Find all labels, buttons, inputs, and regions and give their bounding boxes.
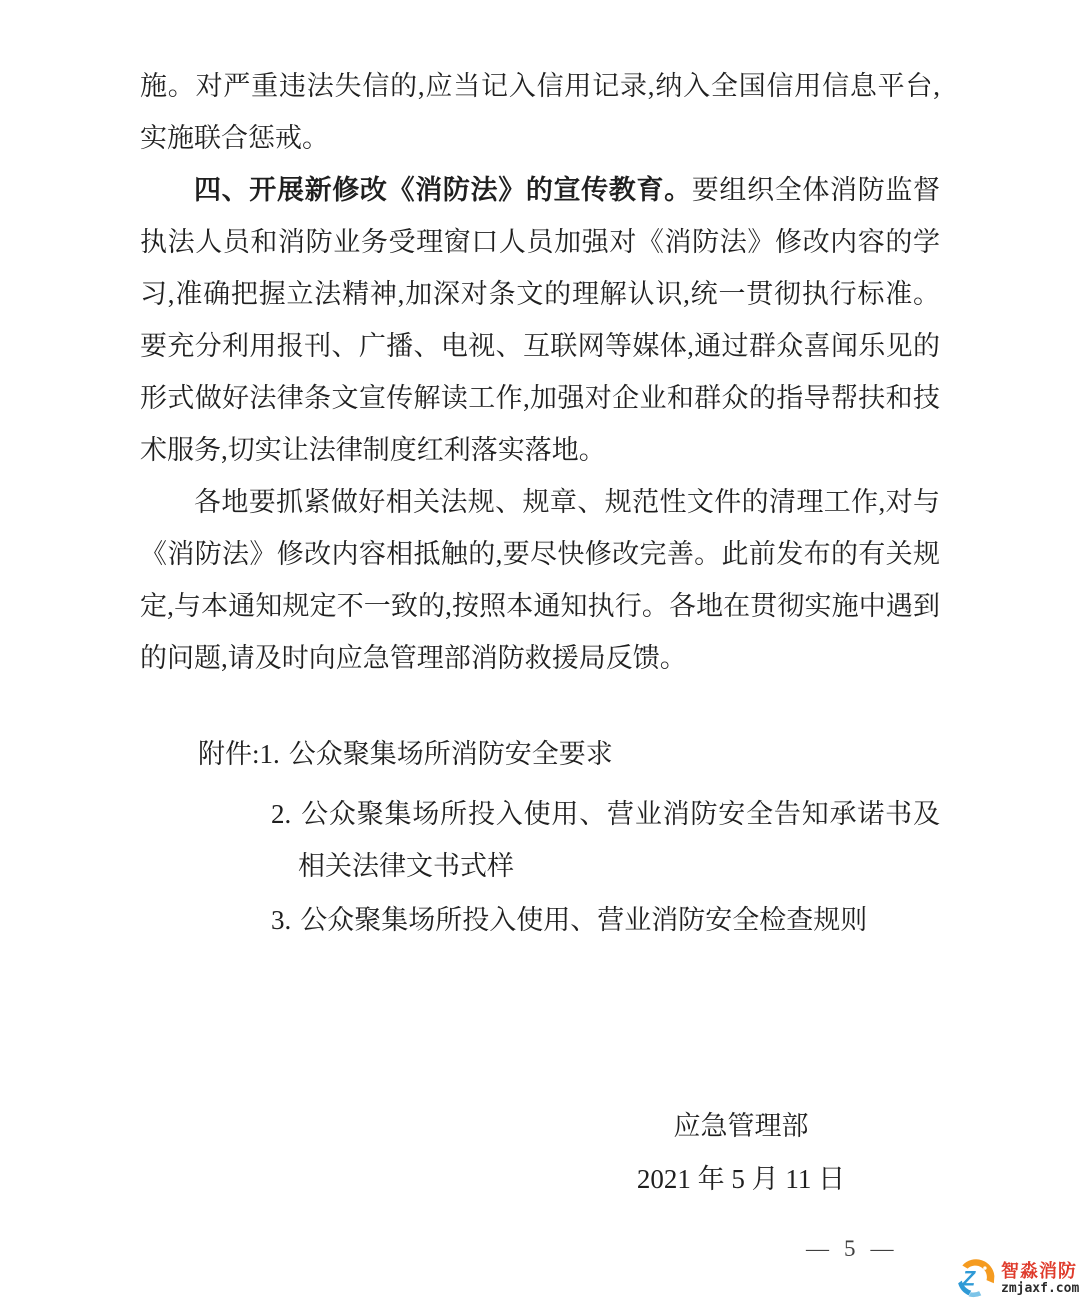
svg-text:Z: Z — [961, 1267, 976, 1290]
watermark-brand-name: 智淼消防 — [1001, 1262, 1079, 1282]
document-body: 施。对严重违法失信的,应当记入信用记录,纳入全国信用信息平台,实施联合惩戒。 四… — [140, 60, 940, 684]
attachment-item-1: 附件:1.公众聚集场所消防安全要求 — [140, 728, 940, 780]
signature-block: 应急管理部 2021 年 5 月 11 日 — [541, 1100, 941, 1205]
page-number: — 5 — — [806, 1236, 894, 1262]
page-number-dash-right: — — [871, 1236, 894, 1262]
attachment-title: 公众聚集场所消防安全要求 — [289, 739, 613, 769]
attachment-title: 公众聚集场所投入使用、营业消防安全告知承诺书及相关法律文书式样 — [298, 799, 940, 881]
paragraph-credit-punishment: 施。对严重违法失信的,应当记入信用记录,纳入全国信用信息平台,实施联合惩戒。 — [140, 60, 940, 164]
paragraph-cleanup-regulations: 各地要抓紧做好相关法规、规章、规范性文件的清理工作,对与《消防法》修改内容相抵触… — [140, 476, 940, 684]
attachment-number: 3. — [271, 905, 291, 935]
attachments-list: 附件:1.公众聚集场所消防安全要求 2.公众聚集场所投入使用、营业消防安全告知承… — [140, 728, 940, 946]
attachment-item-3: 3.公众聚集场所投入使用、营业消防安全检查规则 — [140, 894, 940, 946]
watermark-url: zmjaxf.com — [1001, 1282, 1079, 1296]
zhimiao-watermark-text: 智淼消防 zmjaxf.com — [1001, 1262, 1079, 1296]
zhimiao-logo-icon: Z — [955, 1256, 997, 1303]
attachments-label: 附件: — [198, 739, 260, 769]
paragraph-text: 施。对严重违法失信的,应当记入信用记录,纳入全国信用信息平台,实施联合惩戒。 — [140, 71, 940, 153]
attachment-title: 公众聚集场所投入使用、营业消防安全检查规则 — [300, 905, 867, 935]
issue-date: 2021 年 5 月 11 日 — [541, 1153, 941, 1205]
attachment-item-2: 2.公众聚集场所投入使用、营业消防安全告知承诺书及相关法律文书式样 — [140, 788, 940, 892]
paragraph-text: 各地要抓紧做好相关法规、规章、规范性文件的清理工作,对与《消防法》修改内容相抵触… — [140, 487, 940, 673]
issuing-authority: 应急管理部 — [541, 1100, 941, 1152]
attachment-number: 2. — [271, 799, 291, 829]
paragraph-section-4: 四、开展新修改《消防法》的宣传教育。要组织全体消防监督执法人员和消防业务受理窗口… — [140, 164, 940, 476]
attachment-number: 1. — [260, 739, 280, 769]
page-number-value: 5 — [844, 1236, 856, 1262]
zhimiao-watermark: Z 智淼消防 zmjaxf.com — [955, 1256, 1079, 1303]
document-page: 施。对严重违法失信的,应当记入信用记录,纳入全国信用信息平台,实施联合惩戒。 四… — [0, 0, 1080, 1303]
section-4-heading: 四、开展新修改《消防法》的宣传教育。 — [194, 175, 692, 205]
section-4-body: 要组织全体消防监督执法人员和消防业务受理窗口人员加强对《消防法》修改内容的学习,… — [140, 175, 940, 465]
page-number-dash-left: — — [806, 1236, 829, 1262]
